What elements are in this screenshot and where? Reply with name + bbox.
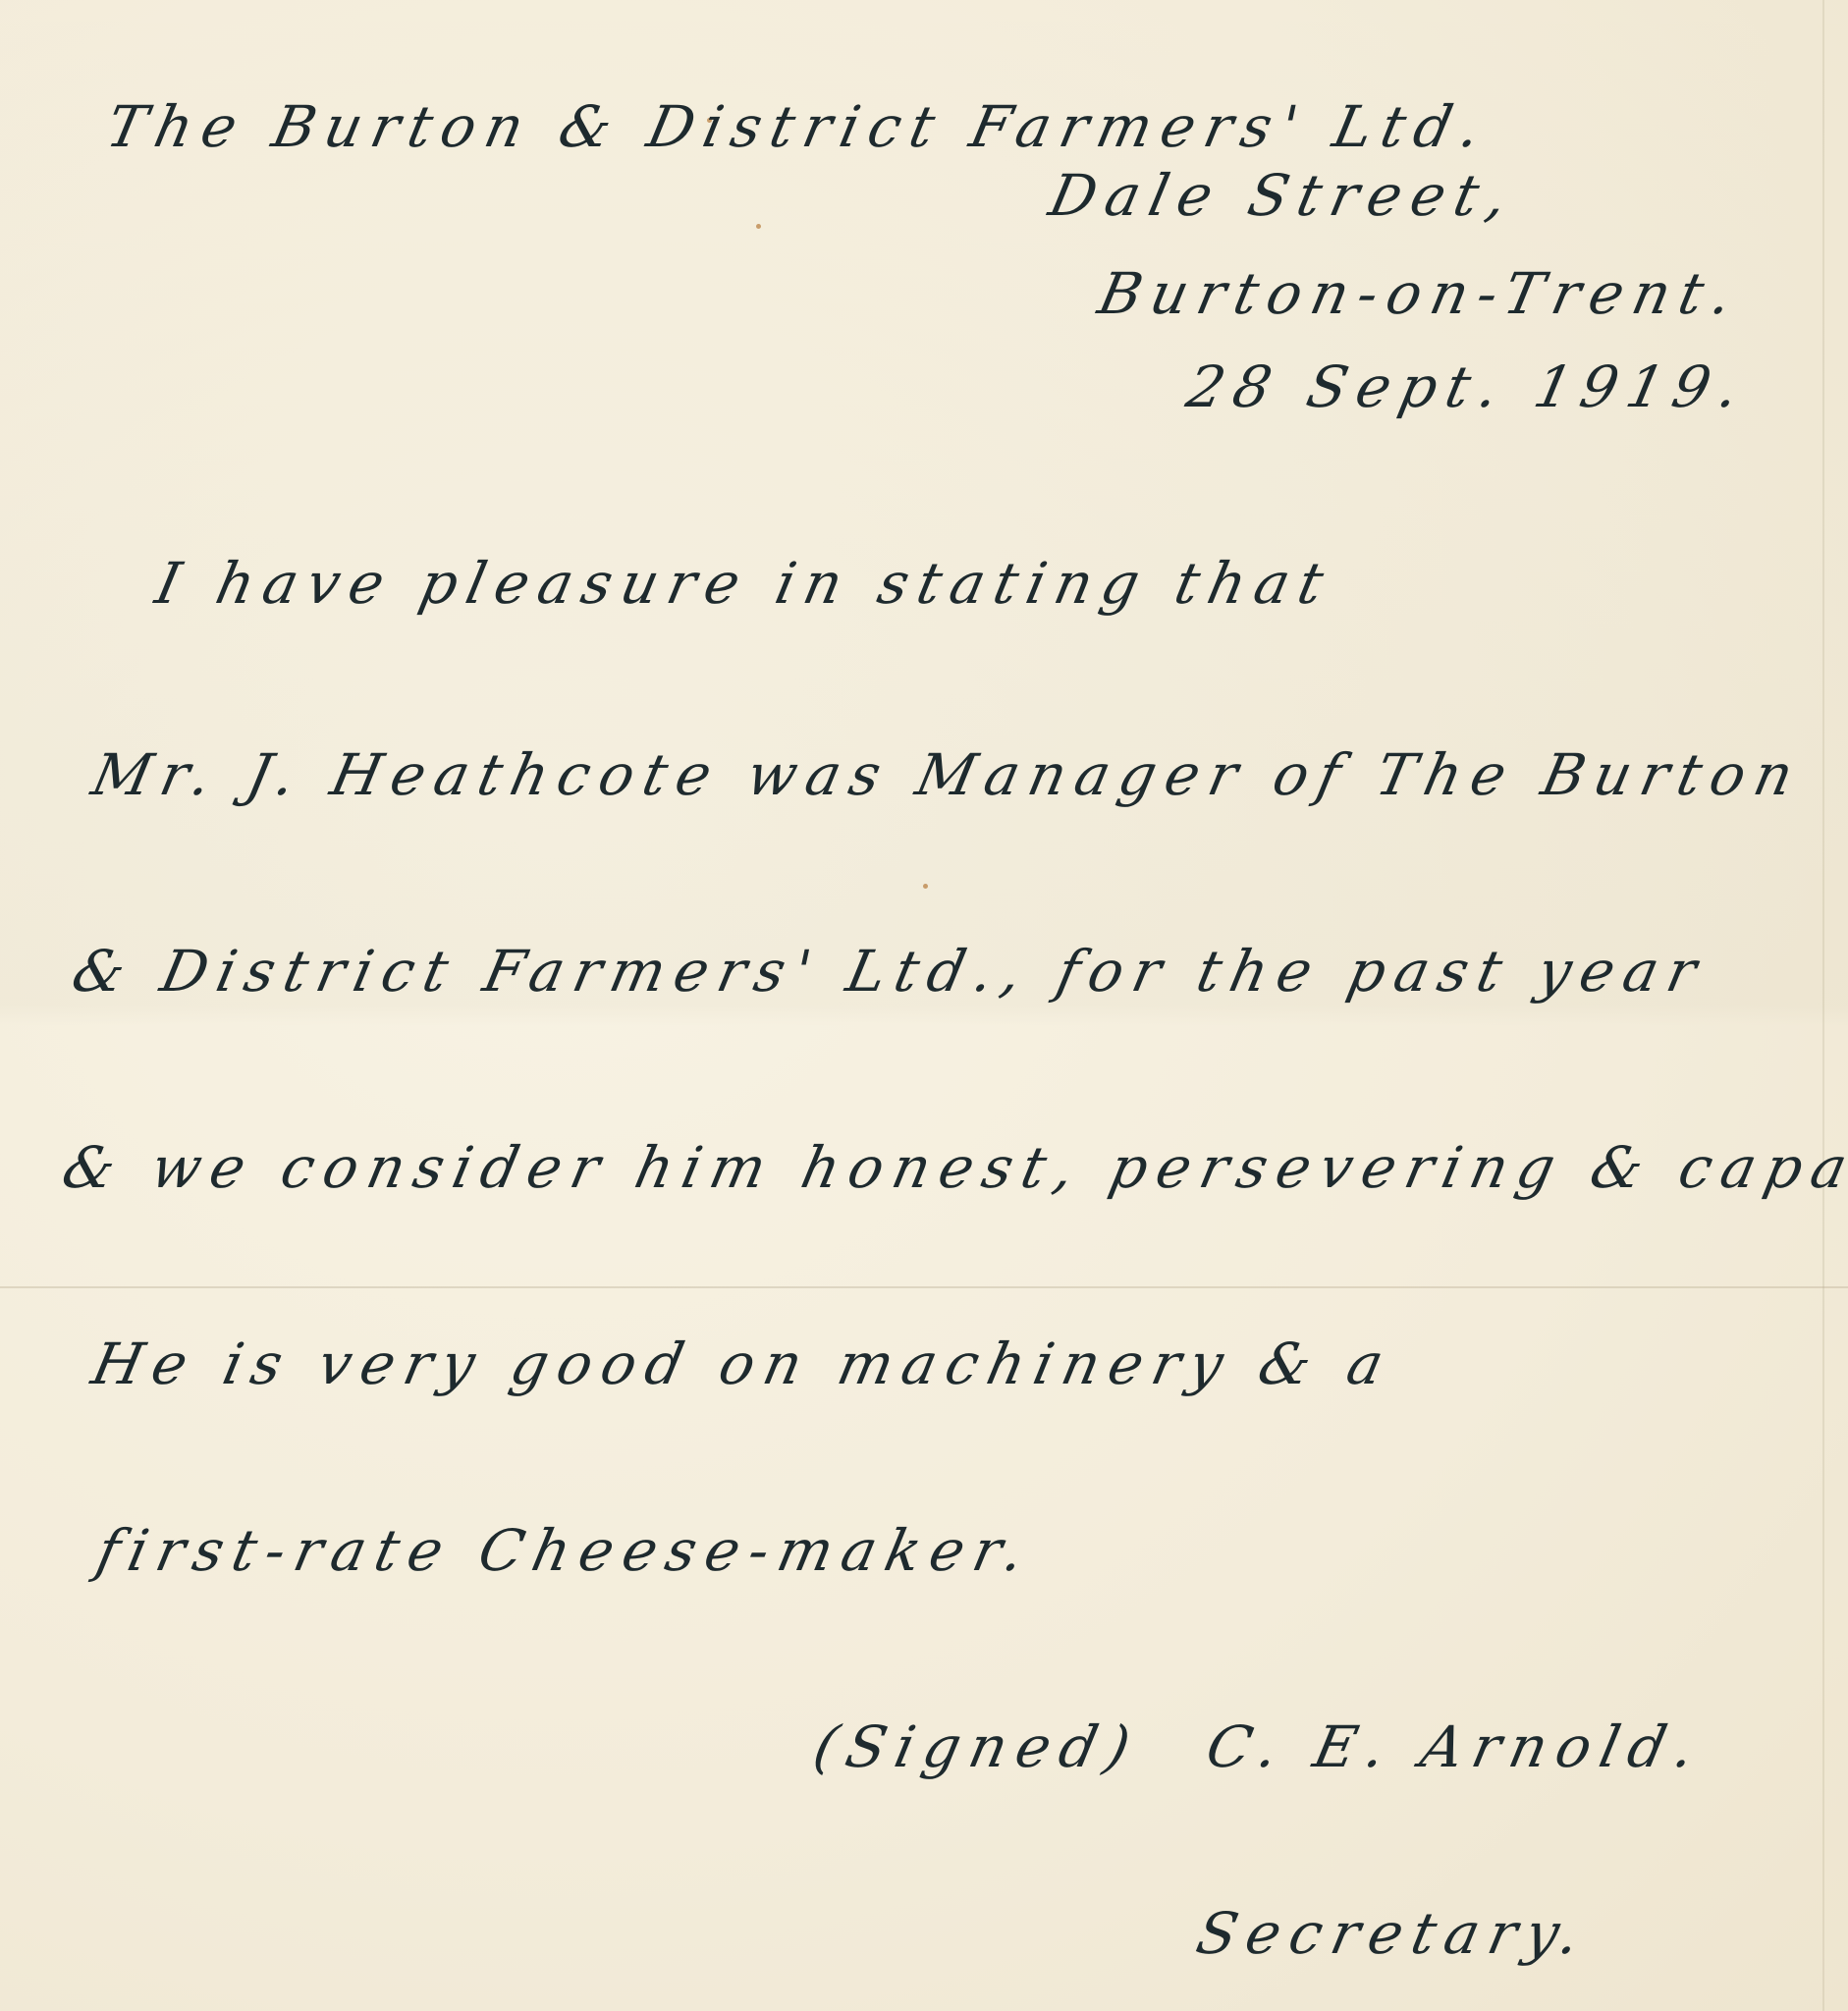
letterhead-street: Dale Street, [1044, 162, 1523, 229]
ink-spot [923, 884, 928, 889]
body-line-6: first-rate Cheese-maker. [91, 1517, 1040, 1584]
paper-fold-horizontal [0, 1286, 1848, 1288]
signed-label: (Signed) [808, 1713, 1146, 1780]
letterhead-town: Burton-on-Trent. [1093, 260, 1748, 327]
signatory-title: Secretary. [1191, 1900, 1596, 1967]
paper-fold-vertical [1822, 0, 1824, 2011]
signatory-name: C. E. Arnold. [1201, 1713, 1711, 1780]
body-line-3: & District Farmers' Ltd., for the past y… [67, 938, 1712, 1005]
body-line-4: & we consider him honest, persevering & … [57, 1134, 1848, 1201]
body-line-2: Mr. J. Heathcote was Manager of The Burt… [86, 741, 1809, 808]
ink-spot [756, 224, 761, 229]
letter-date: 28 Sept. 1919. [1181, 353, 1755, 420]
letterhead-organization: The Burton & District Farmers' Ltd. [101, 93, 1496, 160]
body-line-1: I have pleasure in stating that [150, 550, 1339, 617]
body-line-5: He is very good on machinery & a [86, 1331, 1399, 1397]
